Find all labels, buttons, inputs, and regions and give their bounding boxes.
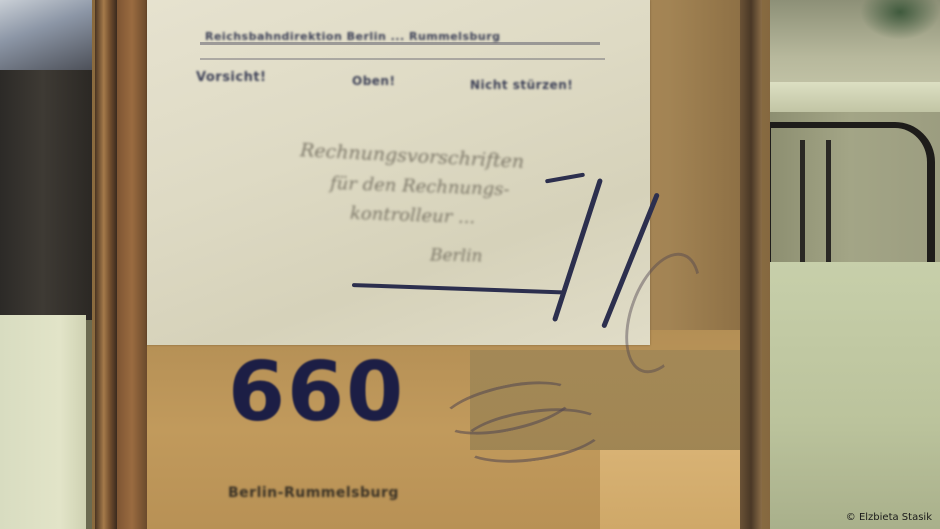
label-option: Oben! [352,74,395,88]
photo-credit: © Elzbieta Stasik [846,512,932,523]
background-paper-left [0,315,86,529]
photo: Reichsbahndirektion Berlin ... Rummelsbu… [0,0,940,529]
label-rule [200,58,605,60]
background-cabinet [0,70,95,320]
handwriting-line: kontrolleur ... [350,203,476,228]
box-edge-left [95,0,117,529]
label-option: Vorsicht! [196,70,267,85]
background-paper-right [748,262,940,529]
box-tape [600,450,740,529]
background-plants [860,0,940,40]
handwriting-line: Berlin [430,246,483,267]
box-edge-right [740,0,762,529]
label-option: Nicht stürzen! [470,78,573,92]
box-number: 660 [228,352,405,434]
background-window [0,0,100,70]
box-label [147,0,650,345]
background-ledge [765,82,940,112]
label-rule [200,42,600,45]
box-edge-inner [117,0,147,529]
chair-bar [826,140,831,262]
box-place: Berlin-Rummelsburg [228,485,399,501]
chair-frame [765,122,935,262]
chair-bar [800,140,805,262]
